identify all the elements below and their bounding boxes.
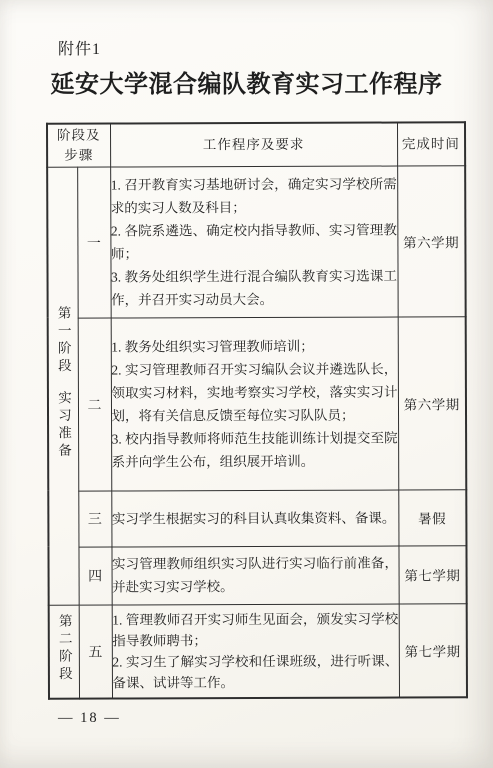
procedure-item: 2. 实习生了解实习学校和任课班级，进行听课、备课、试讲等工作。 [112, 650, 398, 693]
column-header-time: 完成时间 [397, 122, 465, 165]
attachment-label: 附件1 [58, 36, 101, 59]
step-number-1: 一 [77, 167, 111, 318]
stage-1-cell: 第一阶段 实习准备 [47, 167, 79, 605]
procedure-cell-3: 实习学生根据实习的科目认真收集资料、备课。 [111, 490, 398, 547]
table-row: 三 实习学生根据实习的科目认真收集资料、备课。 暑假 [48, 489, 466, 546]
table-row: 二 1. 教务处组织实习管理教师培训； 2. 实习管理教师召开实习编队会议并遴选… [48, 316, 467, 490]
procedure-item: 1. 管理教师召开实习师生见面会，颁发实习学校指导教师聘书； [112, 608, 398, 651]
completion-time-3: 暑假 [398, 489, 466, 545]
procedure-item: 1. 召开教育实习基地研讨会，确定实习学校所需求的实习人数及科目； [111, 172, 397, 219]
procedure-item: 实习学生根据实习的科目认真收集资料、备课。 [112, 506, 398, 530]
procedure-item: 2. 各院系遴选、确定校内指导教师、实习管理教师； [111, 218, 397, 265]
stage-2-cell: 第二阶段 [49, 605, 79, 699]
procedure-item: 实习管理教师组织实习队进行实习临行前准备，并赴实习实习学校。 [112, 552, 398, 599]
completion-time-5: 第七学期 [399, 603, 467, 697]
column-header-stage-step: 阶段及 步骤 [47, 124, 110, 167]
step-number-5: 五 [79, 605, 112, 699]
stage-2-label: 第二阶段 [57, 614, 71, 684]
procedure-item: 1. 教务处组织实习管理教师培训； [111, 334, 397, 358]
procedure-cell-4: 实习管理教师组织实习队进行实习临行前准备，并赴实习实习学校。 [111, 546, 398, 605]
step-number-2: 二 [78, 318, 112, 491]
table-row: 第一阶段 实习准备 一 1. 召开教育实习基地研讨会，确定实习学校所需求的实习人… [47, 165, 466, 317]
procedure-table: 阶段及 步骤 工作程序及要求 完成时间 第一阶段 实习准备 一 1. 召开教育实… [46, 121, 468, 699]
table-row: 四 实习管理教师组织实习队进行实习临行前准备，并赴实习实习学校。 第七学期 [48, 545, 466, 604]
document-page: 附件1 延安大学混合编队教育实习工作程序 阶段及 步骤 工作程序及要求 完成时间… [0, 0, 493, 768]
procedure-cell-1: 1. 召开教育实习基地研讨会，确定实习学校所需求的实习人数及科目； 2. 各院系… [110, 166, 398, 318]
step-number-4: 四 [78, 547, 111, 605]
completion-time-1: 第六学期 [397, 165, 466, 316]
completion-time-4: 第七学期 [398, 545, 466, 603]
table-header-row: 阶段及 步骤 工作程序及要求 完成时间 [47, 122, 465, 166]
page-number: — 18 — [58, 710, 121, 727]
page-title: 延安大学混合编队教育实习工作程序 [0, 64, 493, 99]
stage-1-label: 第一阶段 实习准备 [56, 306, 70, 461]
procedure-cell-2: 1. 教务处组织实习管理教师培训； 2. 实习管理教师召开实习编队会议并遴选队长… [111, 317, 399, 491]
procedure-cell-5: 1. 管理教师召开实习师生见面会，颁发实习学校指导教师聘书； 2. 实习生了解实… [112, 604, 399, 699]
table-row: 第二阶段 五 1. 管理教师召开实习师生见面会，颁发实习学校指导教师聘书； 2.… [49, 603, 467, 698]
step-number-3: 三 [78, 491, 111, 547]
procedure-item: 3. 校内指导教师将师范生技能训练计划提交至院系并向学生公布，组织展开培训。 [112, 426, 398, 473]
procedure-item: 2. 实习管理教师召开实习编队会议并遴选队长，领取实习材料，实地考察实习学校，落… [111, 357, 397, 427]
completion-time-2: 第六学期 [398, 316, 467, 489]
procedure-item: 3. 教务处组织学生进行混合编队教育实习选课工作，并召开实习动员大会。 [111, 264, 397, 311]
column-header-procedure: 工作程序及要求 [110, 123, 397, 167]
